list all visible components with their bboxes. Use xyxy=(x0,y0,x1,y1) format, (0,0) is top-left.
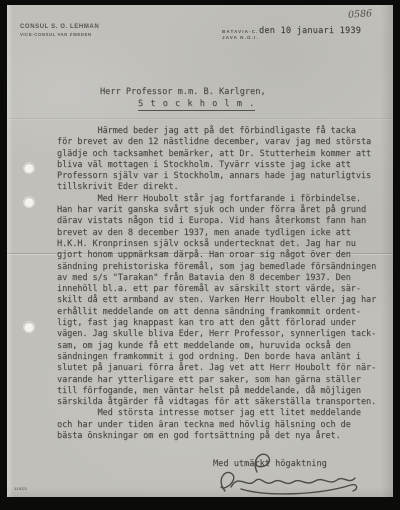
letter-body-line: för brevet av den 12 nästlidne december,… xyxy=(57,137,391,148)
letter-body-line: Härmed beder jag att på det förbindligas… xyxy=(57,126,391,137)
letter-body-line: sam, om jag kunde få ett meddelande om, … xyxy=(57,341,391,352)
letter-body-line: Med största intresse motser jag ett lite… xyxy=(57,408,391,419)
fold-crease xyxy=(7,118,393,120)
letterhead-consul-title: VICE-CONSUL VAN ZWEDEN xyxy=(20,32,92,37)
letter-body-line: särskilda åtgärder få vidtagas för att s… xyxy=(57,397,391,408)
letter-body-line: H.K.H. Kronprinsen själv också underteck… xyxy=(57,239,391,250)
letterhead-place: BATAVIA-C. JAVA N.O.I. xyxy=(222,29,259,41)
letter-body: Härmed beder jag att på det förbindligas… xyxy=(57,126,391,442)
recipient-name: Herr Professor m.m. B. Karlgren, xyxy=(100,87,266,97)
recipient-city-underlined: S t o c k h o l m . xyxy=(138,99,255,111)
letter-body-line: ligt, fast jag knappast kan tro att den … xyxy=(57,318,391,329)
letterhead-consul-name: CONSUL S. O. LEHMAN xyxy=(20,24,99,30)
punch-hole-icon xyxy=(24,322,34,332)
letter-body-line: Med Herr Houbolt står jag fortfarande i … xyxy=(57,194,391,205)
letter-body-line: Han har varit ganska svårt sjuk och unde… xyxy=(57,205,391,216)
letter-body-line: brevet av den 8 december 1937, men anade… xyxy=(57,228,391,239)
letter-body-line: tillskrivit Eder direkt. xyxy=(57,182,391,193)
letter-body-line: sändningen framkommit i god ordning. Den… xyxy=(57,352,391,363)
letter-page: CONSUL S. O. LEHMAN VICE-CONSUL VAN ZWED… xyxy=(7,5,393,497)
letter-body-line: skilt då ett armband av sten. Varken Her… xyxy=(57,295,391,306)
signature-scrawl-icon xyxy=(195,445,367,499)
handwritten-archive-number: 0586 xyxy=(348,8,373,21)
letter-body-line: sändning prehistoriska föremål, som jag … xyxy=(57,262,391,273)
letter-body-line: Professorn själv var i Stockholm, annars… xyxy=(57,171,391,182)
letter-body-line: bliva väl mottagen i Stockholm. Tyvärr v… xyxy=(57,160,391,171)
printer-code: 11923 xyxy=(14,486,27,491)
letter-body-line: varande har ytterligare ett par saker, s… xyxy=(57,375,391,386)
scanned-letter-screenshot: { "colors": { "paper": "#c0bfba", "ink":… xyxy=(0,0,400,510)
letter-body-line: därav vistats någon tid i Europa. Vid ha… xyxy=(57,216,391,227)
letter-date: den 10 januari 1939 xyxy=(259,26,361,36)
letter-body-line: slutet på januari förra året. Jag vet at… xyxy=(57,363,391,374)
letter-body-line: erhållit meddelande om att denna sändnin… xyxy=(57,307,391,318)
letter-body-line: glädje och tacksamhet bemärker, att Dr. … xyxy=(57,149,391,160)
letterhead-place-region: JAVA N.O.I. xyxy=(222,35,259,41)
letter-body-line: bästa önskningar om en god fortsättning … xyxy=(57,431,391,442)
letter-body-line: till förfogande, men väntar helst på med… xyxy=(57,386,391,397)
punch-hole-icon xyxy=(24,197,34,207)
letter-body-line: gjort honom uppmärksam därpå. Han oroar … xyxy=(57,250,391,261)
punch-hole-icon xyxy=(24,163,34,173)
letter-body-line: vägen. Jag skulle bliva Eder, Herr Profe… xyxy=(57,329,391,340)
letter-body-line: och har under tiden äran teckna med hövl… xyxy=(57,420,391,431)
letter-body-line: av med s/s "Tarakan" från Batavia den 8 … xyxy=(57,273,391,284)
letter-body-line: innehöll bl.a. ett par föremål av särski… xyxy=(57,284,391,295)
